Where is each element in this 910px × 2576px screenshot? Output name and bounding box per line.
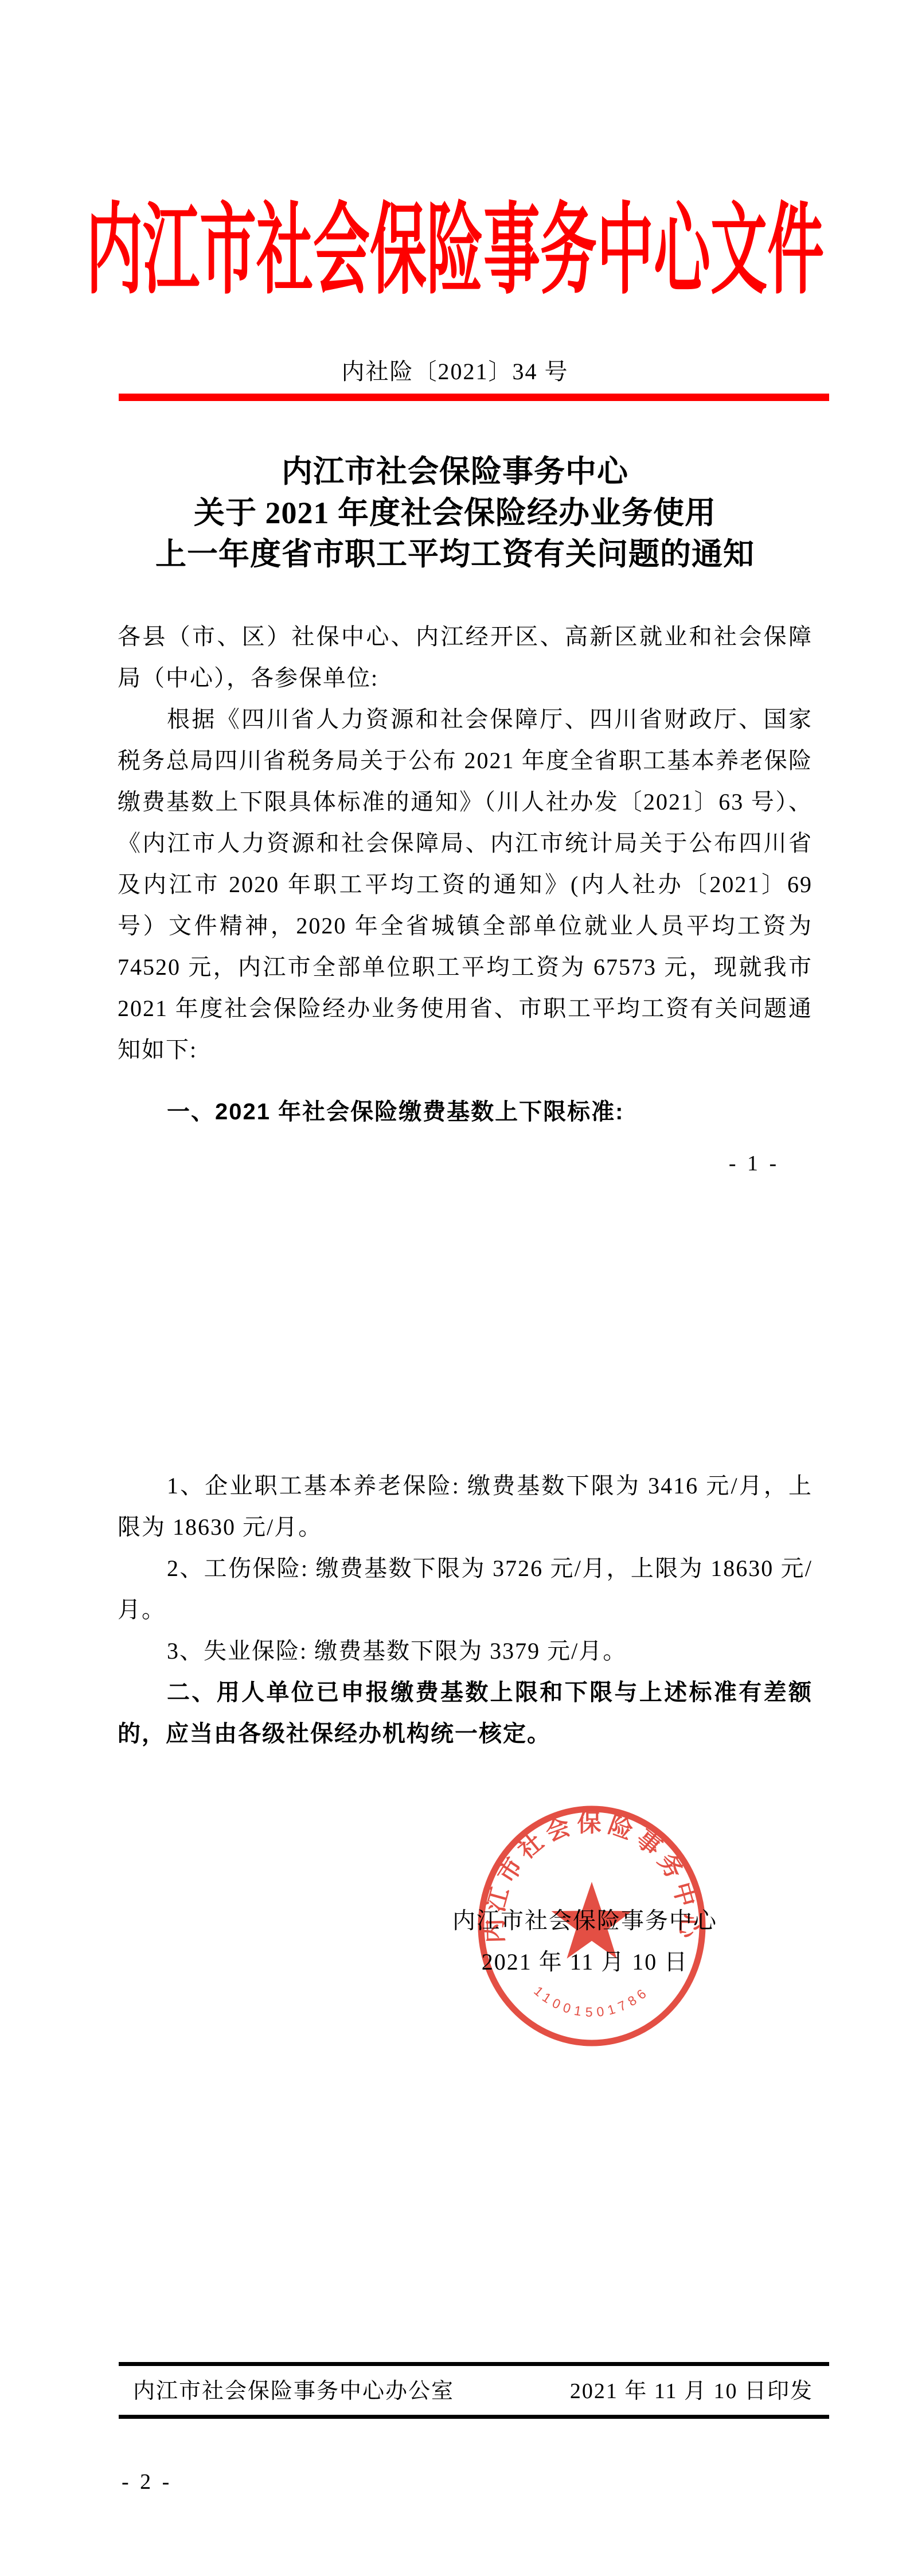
signature-block: 内江市社会保险事务中心 2021 年 11 月 10 日 (436, 1900, 734, 1983)
salutation: 各县（市、区）社保中心、内江经开区、高新区就业和社会保障局（中心），各参保单位: (118, 616, 813, 699)
footer-rule-top (119, 2362, 829, 2366)
paragraph-basis: 根据《四川省人力资源和社会保障厅、四川省财政厅、国家税务总局四川省税务局关于公布… (118, 699, 813, 1071)
document-title-line2: 关于 2021 年度社会保险经办业务使用 (0, 492, 910, 534)
document-title-line3: 上一年度省市职工平均工资有关问题的通知 (0, 534, 910, 575)
footer-office: 内江市社会保险事务中心办公室 (133, 2373, 454, 2404)
footer-rule-bottom (119, 2415, 829, 2419)
section-heading-1: 一、2021 年社会保险缴费基数上下限标准: (118, 1091, 813, 1133)
letterhead-title: 内江市社会保险事务中心文件 (0, 202, 910, 301)
body-page1: 各县（市、区）社保中心、内江经开区、高新区就业和社会保障局（中心），各参保单位:… (118, 616, 813, 1133)
body-page2: 1、企业职工基本养老保险: 缴费基数下限为 3416 元/月，上限为 18630… (118, 1465, 813, 1754)
letterhead-divider (119, 394, 829, 401)
list-item-pension: 1、企业职工基本养老保险: 缴费基数下限为 3416 元/月，上限为 18630… (118, 1465, 813, 1548)
list-item-unemployment: 3、失业保险: 缴费基数下限为 3379 元/月。 (118, 1631, 813, 1672)
page-number-2: - 2 - (122, 2469, 172, 2495)
list-item-injury: 2、工伤保险: 缴费基数下限为 3726 元/月，上限为 18630 元/月。 (118, 1548, 813, 1631)
page-number-1: - 1 - (714, 1151, 794, 1176)
document-title-line1: 内江市社会保险事务中心 (0, 451, 910, 492)
signature-org: 内江市社会保险事务中心 (436, 1900, 734, 1941)
signature-date: 2021 年 11 月 10 日 (436, 1941, 734, 1983)
document-page: { "colors": { "accent_red": "#fe0000", "… (0, 0, 910, 2576)
document-number: 内社险〔2021〕34 号 (0, 353, 910, 386)
footer-row: 内江市社会保险事务中心办公室 2021 年 11 月 10 日印发 (133, 2373, 813, 2404)
document-title: 内江市社会保险事务中心 关于 2021 年度社会保险经办业务使用 上一年度省市职… (0, 451, 910, 575)
section-heading-2: 二、用人单位已申报缴费基数上限和下限与上述标准有差额的，应当由各级社保经办机构统… (118, 1672, 813, 1754)
footer-print-date: 2021 年 11 月 10 日印发 (570, 2373, 813, 2404)
